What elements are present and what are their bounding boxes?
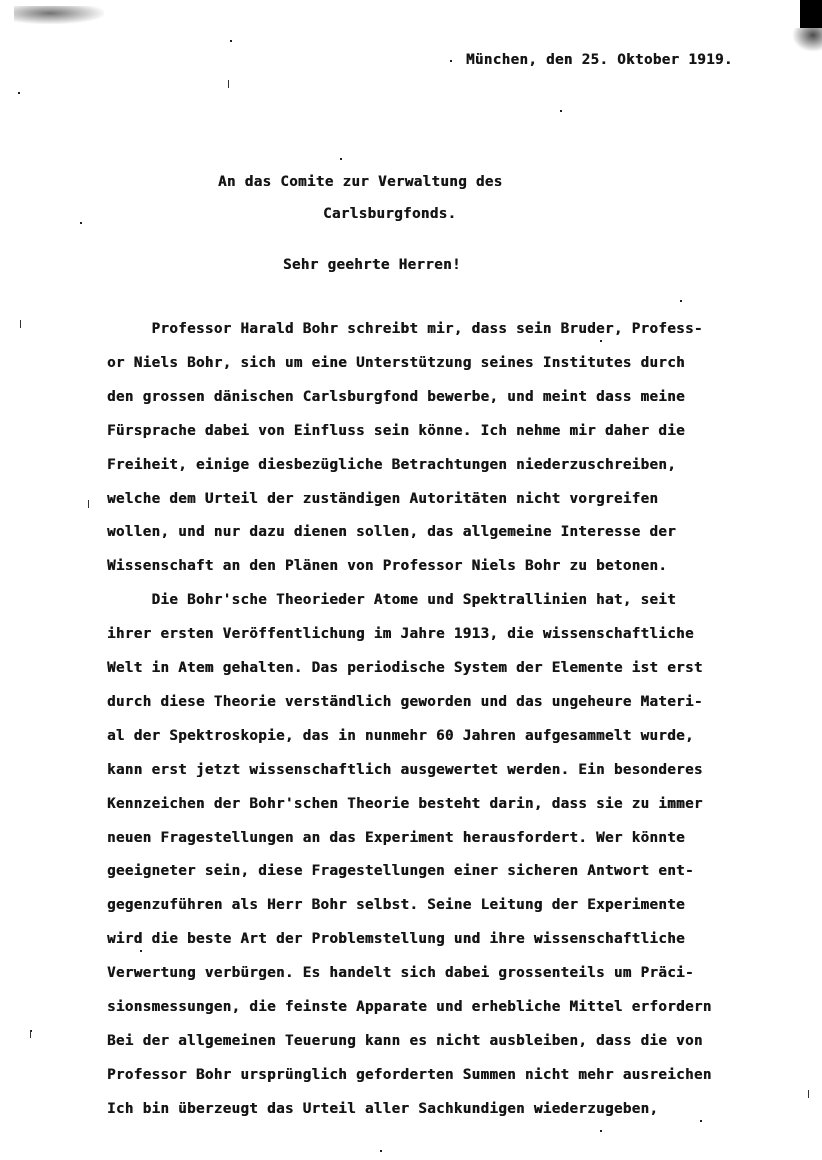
salutation: Sehr geehrte Herren! xyxy=(283,257,461,273)
scan-speck xyxy=(140,950,142,952)
body-line: Bei der allgemeinen Teuerung kann es nic… xyxy=(107,1033,703,1049)
recipient-line-1: An das Comite zur Verwaltung des xyxy=(218,174,503,190)
body-line: wollen, und nur dazu dienen sollen, das … xyxy=(107,524,676,540)
body-line: Wissenschaft an den Plänen von Professor… xyxy=(107,558,667,574)
scan-smudge xyxy=(792,28,822,52)
letter-page: München, den 25. Oktober 1919. An das Co… xyxy=(0,0,822,1160)
body-line: kann erst jetzt wissenschaftlich ausgewe… xyxy=(107,762,703,778)
scan-smudge xyxy=(800,0,822,28)
body-line: or Niels Bohr, sich um eine Unterstützun… xyxy=(107,355,685,371)
body-line: gegenzuführen als Herr Bohr selbst. Sein… xyxy=(107,897,685,913)
body-line: durch diese Theorie verständlich geworde… xyxy=(107,694,703,710)
body-line: neuen Fragestellungen an das Experiment … xyxy=(107,830,685,846)
body-line: Verwertung verbürgen. Es handelt sich da… xyxy=(107,965,694,981)
body-line: sionsmessungen, die feinste Apparate und… xyxy=(107,999,712,1015)
scan-speck xyxy=(560,110,562,112)
scan-mark xyxy=(808,1090,809,1098)
scan-mark xyxy=(20,320,21,328)
scan-mark xyxy=(228,80,229,88)
scan-speck xyxy=(80,222,82,224)
body-line: al der Spektroskopie, das in nunmehr 60 … xyxy=(107,728,694,744)
body-line: Fürsprache dabei von Einfluss sein könne… xyxy=(107,423,685,439)
body-line: welche dem Urteil der zuständigen Autori… xyxy=(107,491,658,507)
body-line: Freiheit, einige diesbezügliche Betracht… xyxy=(107,457,676,473)
body-line: ihrer ersten Veröffentlichung im Jahre 1… xyxy=(107,626,694,642)
body-line: Kennzeichen der Bohr'schen Theorie beste… xyxy=(107,796,703,812)
scan-speck xyxy=(340,158,342,160)
scan-speck xyxy=(700,1120,702,1122)
recipient-line-2: Carlsburgfonds. xyxy=(323,206,456,222)
body-line: Welt in Atem gehalten. Das periodische S… xyxy=(107,660,703,676)
scan-speck xyxy=(600,340,602,342)
scan-smudge xyxy=(14,6,104,24)
scan-mark xyxy=(88,500,89,508)
scan-mark xyxy=(30,1030,31,1038)
dateline: München, den 25. Oktober 1919. xyxy=(466,52,733,68)
scan-speck xyxy=(600,1130,602,1132)
body-line: Professor Harald Bohr schreibt mir, dass… xyxy=(107,321,703,337)
body-line: den grossen dänischen Carlsburgfond bewe… xyxy=(107,389,685,405)
scan-speck xyxy=(450,60,452,62)
body-line: Professor Bohr ursprünglich geforderten … xyxy=(107,1067,712,1083)
scan-speck xyxy=(230,40,232,42)
body-line: Die Bohr'sche Theorieder Atome und Spekt… xyxy=(107,592,676,608)
scan-speck xyxy=(680,300,682,302)
scan-speck xyxy=(18,92,20,94)
scan-speck xyxy=(380,1150,382,1152)
body-line: wird die beste Art der Problemstellung u… xyxy=(107,931,685,947)
body-line: Ich bin überzeugt das Urteil aller Sachk… xyxy=(107,1101,658,1117)
body-line: geeigneter sein, diese Fragestellungen e… xyxy=(107,863,694,879)
